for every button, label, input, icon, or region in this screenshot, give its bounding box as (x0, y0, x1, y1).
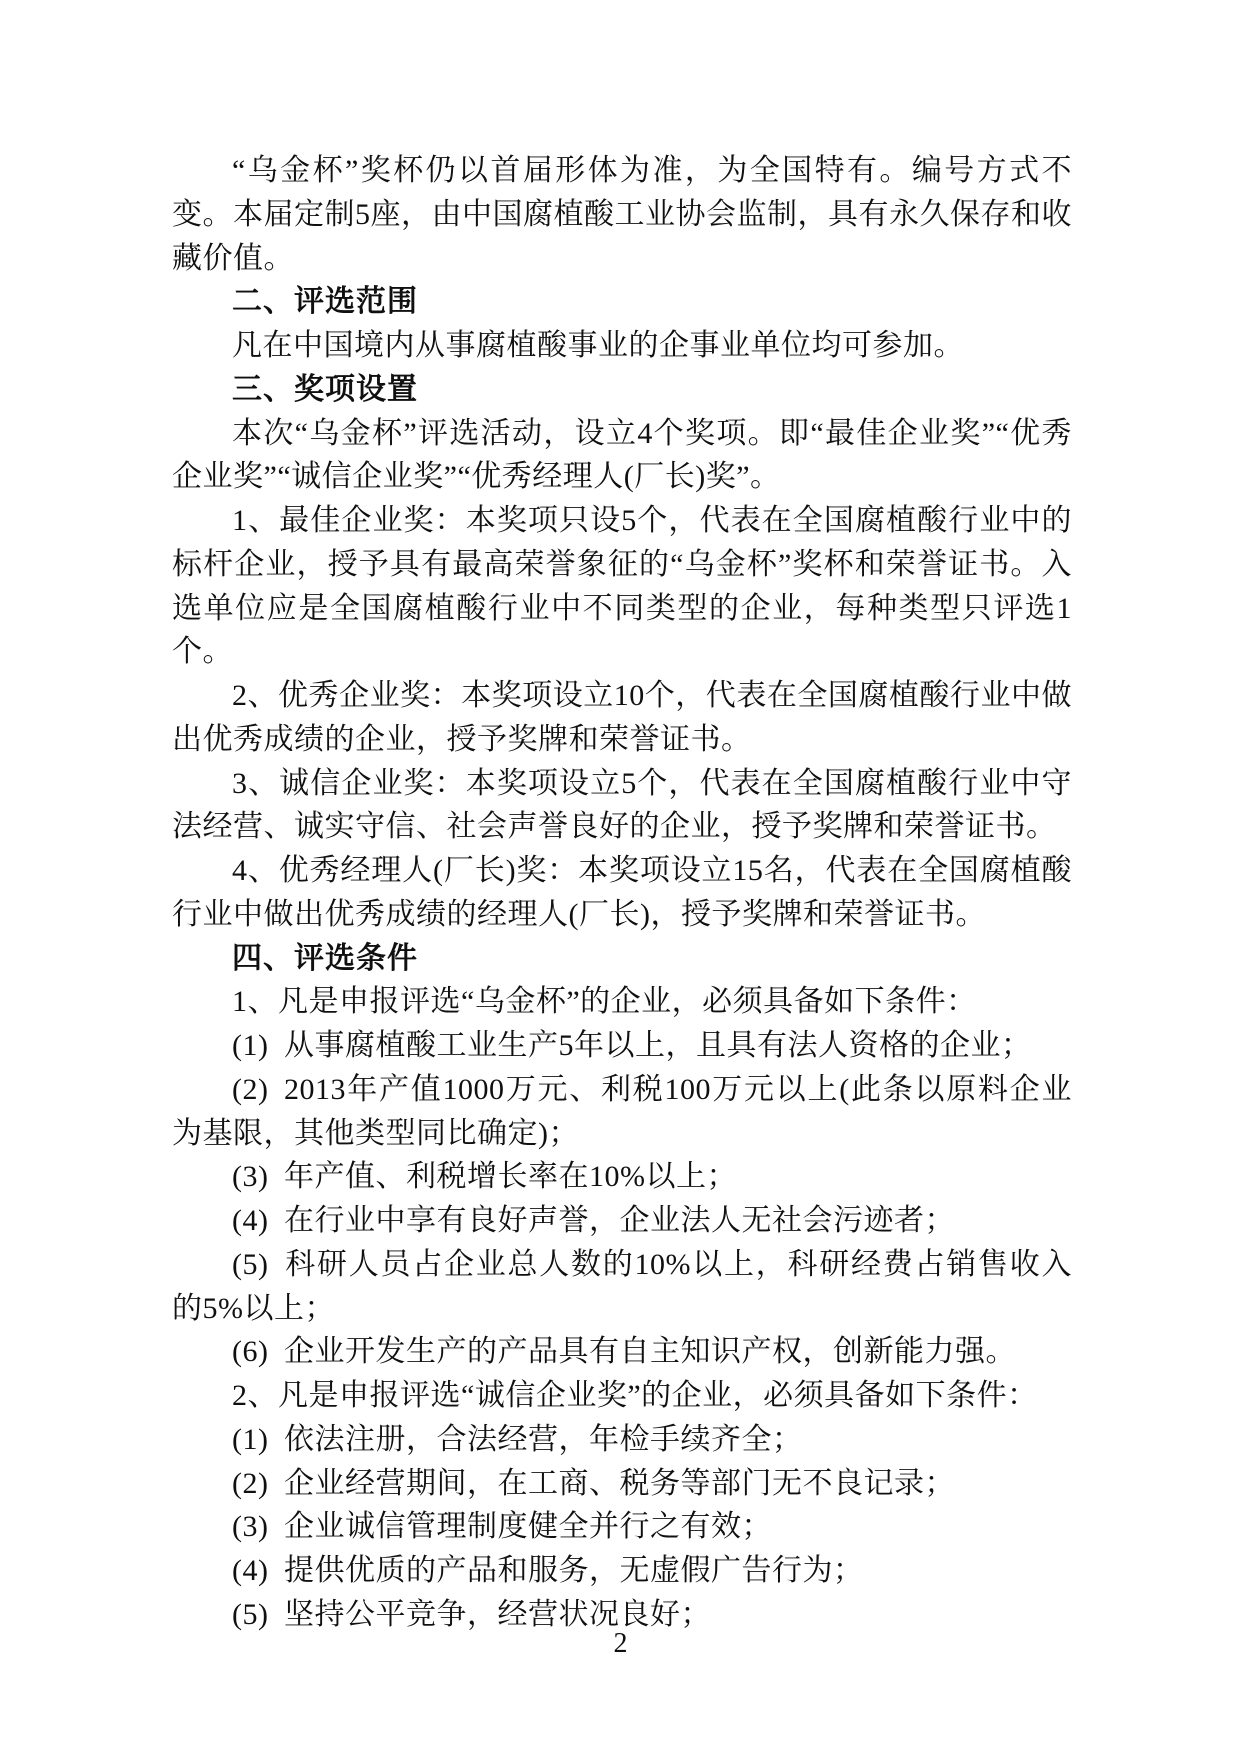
paragraph-criteria-2-item-1: (1) 依法注册，合法经营，年检手续齐全； (172, 1418, 1072, 1462)
document-page: “乌金杯”奖杯仍以首届形体为准，为全国特有。编号方式不变。本届定制5座，由中国腐… (0, 0, 1241, 1755)
paragraph-criteria-1-intro: 1、凡是申报评选“乌金杯”的企业，必须具备如下条件： (172, 980, 1072, 1024)
paragraph-criteria-1-item-4: (4) 在行业中享有良好声誉，企业法人无社会污迹者； (172, 1199, 1072, 1243)
paragraph-award-integrity: 3、诚信企业奖：本奖项设立5个，代表在全国腐植酸行业中守法经营、诚实守信、社会声… (172, 762, 1072, 850)
document-body: “乌金杯”奖杯仍以首届形体为准，为全国特有。编号方式不变。本届定制5座，由中国腐… (172, 149, 1072, 1637)
paragraph-criteria-1-item-2: (2) 2013年产值1000万元、利税100万元以上(此条以原料企业为基限，其… (172, 1068, 1072, 1156)
paragraph-award-best: 1、最佳企业奖：本奖项只设5个，代表在全国腐植酸行业中的标杆企业，授予具有最高荣… (172, 499, 1072, 674)
paragraph-criteria-1-item-3: (3) 年产值、利税增长率在10%以上； (172, 1155, 1072, 1199)
paragraph-trophy-intro: “乌金杯”奖杯仍以首届形体为准，为全国特有。编号方式不变。本届定制5座，由中国腐… (172, 149, 1072, 280)
paragraph-award-manager: 4、优秀经理人(厂长)奖：本奖项设立15名，代表在全国腐植酸行业中做出优秀成绩的… (172, 849, 1072, 937)
paragraph-criteria-2-intro: 2、凡是申报评选“诚信企业奖”的企业，必须具备如下条件： (172, 1374, 1072, 1418)
paragraph-criteria-1-item-1: (1) 从事腐植酸工业生产5年以上，且具有法人资格的企业； (172, 1024, 1072, 1068)
page-number: 2 (0, 1628, 1241, 1660)
paragraph-scope: 凡在中国境内从事腐植酸事业的企事业单位均可参加。 (172, 324, 1072, 368)
section-heading-criteria: 四、评选条件 (172, 937, 1072, 981)
paragraph-criteria-2-item-3: (3) 企业诚信管理制度健全并行之有效； (172, 1505, 1072, 1549)
paragraph-award-excellent: 2、优秀企业奖：本奖项设立10个，代表在全国腐植酸行业中做出优秀成绩的企业，授予… (172, 674, 1072, 762)
paragraph-criteria-1-item-5: (5) 科研人员占企业总人数的10%以上，科研经费占销售收入的5%以上； (172, 1243, 1072, 1331)
paragraph-awards-overview: 本次“乌金杯”评选活动，设立4个奖项。即“最佳企业奖”“优秀企业奖”“诚信企业奖… (172, 412, 1072, 500)
paragraph-criteria-1-item-6: (6) 企业开发生产的产品具有自主知识产权，创新能力强。 (172, 1330, 1072, 1374)
section-heading-scope: 二、评选范围 (172, 280, 1072, 324)
paragraph-criteria-2-item-4: (4) 提供优质的产品和服务，无虚假广告行为； (172, 1549, 1072, 1593)
paragraph-criteria-2-item-2: (2) 企业经营期间，在工商、税务等部门无不良记录； (172, 1462, 1072, 1506)
section-heading-awards: 三、奖项设置 (172, 368, 1072, 412)
